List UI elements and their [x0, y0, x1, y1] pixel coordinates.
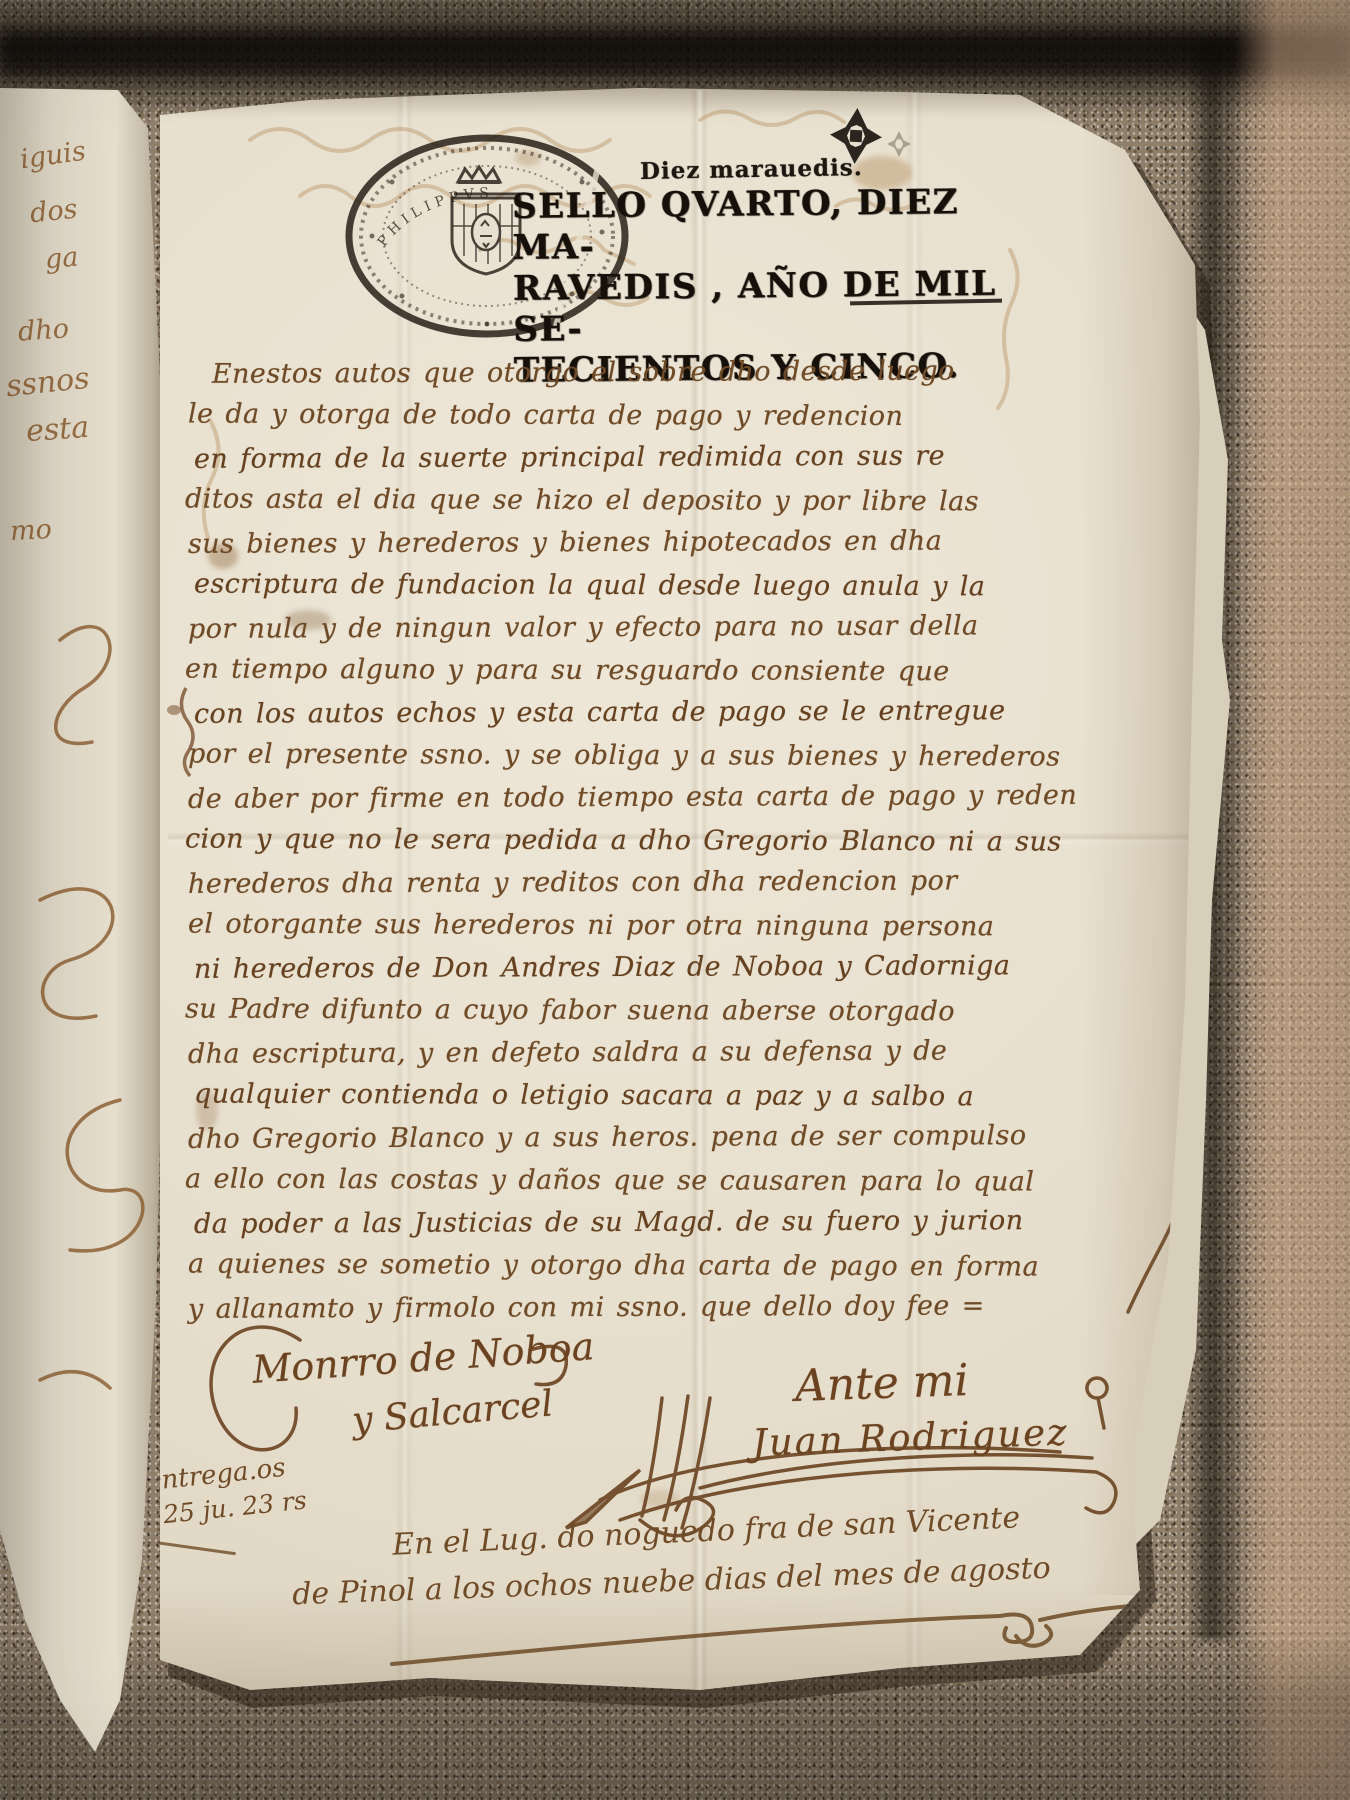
photo-scene: iguis dos ga dho ssnos esta mo — [0, 0, 1350, 1800]
granite-sunlit-strip — [1235, 0, 1350, 1800]
